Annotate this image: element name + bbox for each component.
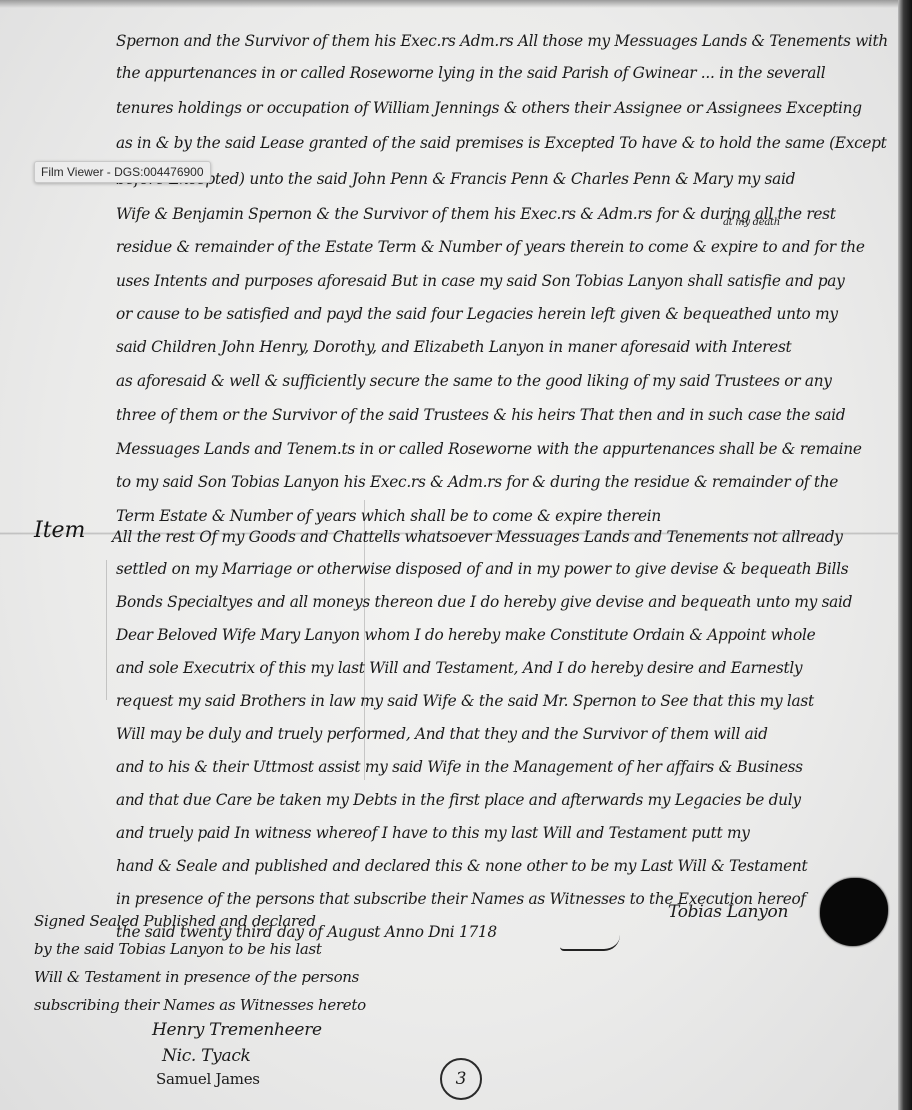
body-line: said Children John Henry, Dorothy, and E… bbox=[116, 338, 888, 356]
item-heading: Item bbox=[34, 518, 85, 543]
date-flourish bbox=[560, 935, 620, 951]
body-line: as in & by the said Lease granted of the… bbox=[116, 134, 888, 152]
attestation-line: by the said Tobias Lanyon to be his last bbox=[34, 940, 322, 958]
attestation-line: Signed Sealed Published and declared bbox=[34, 912, 316, 930]
body-line: Messuages Lands and Tenem.ts in or calle… bbox=[116, 440, 888, 458]
item-line: request my said Brothers in law my said … bbox=[116, 692, 888, 710]
page-number: 3 bbox=[440, 1058, 482, 1100]
item-line: Bonds Specialtyes and all moneys thereon… bbox=[116, 593, 888, 611]
witness-signature: Samuel James bbox=[156, 1070, 260, 1088]
item-line: Dear Beloved Wife Mary Lanyon whom I do … bbox=[116, 626, 888, 644]
item-line: All the rest Of my Goods and Chattells w… bbox=[112, 528, 884, 546]
body-line: or cause to be satisfied and payd the sa… bbox=[116, 305, 888, 323]
item-line: and sole Executrix of this my last Will … bbox=[116, 659, 888, 677]
witness-signature: Nic. Tyack bbox=[162, 1046, 251, 1066]
attestation-line: Will & Testament in presence of the pers… bbox=[34, 968, 359, 986]
body-line: tenures holdings or occupation of Willia… bbox=[116, 99, 888, 117]
margin-rule bbox=[106, 560, 107, 700]
interlineation: at my death bbox=[723, 217, 780, 228]
item-line: Will may be duly and truely performed, A… bbox=[116, 725, 888, 743]
body-line: three of them or the Survivor of the sai… bbox=[116, 406, 888, 424]
item-line: settled on my Marriage or otherwise disp… bbox=[116, 560, 888, 578]
page-top-edge bbox=[0, 0, 900, 8]
body-line: Spernon and the Survivor of them his Exe… bbox=[116, 32, 882, 50]
manuscript-page: Spernon and the Survivor of them his Exe… bbox=[0, 0, 900, 1110]
body-line: to my said Son Tobias Lanyon his Exec.rs… bbox=[116, 473, 888, 491]
item-line: hand & Seale and published and declared … bbox=[116, 857, 888, 875]
film-viewer-tooltip: Film Viewer - DGS:004476900 bbox=[34, 161, 211, 183]
attestation-line: subscribing their Names as Witnesses her… bbox=[34, 996, 366, 1014]
body-line: Term Estate & Number of years which shal… bbox=[116, 507, 888, 525]
body-line: residue & remainder of the Estate Term &… bbox=[116, 238, 888, 256]
testator-signature: Tobias Lanyon bbox=[668, 902, 788, 922]
item-line: and truely paid In witness whereof I hav… bbox=[116, 824, 888, 842]
item-line: and to his & their Uttmost assist my sai… bbox=[116, 758, 888, 776]
item-line: and that due Care be taken my Debts in t… bbox=[116, 791, 888, 809]
film-edge bbox=[898, 0, 912, 1110]
body-line: uses Intents and purposes aforesaid But … bbox=[116, 272, 888, 290]
body-line: the appurtenances in or called Roseworne… bbox=[116, 64, 888, 82]
body-line: before Excepted) unto the said John Penn… bbox=[116, 170, 888, 188]
body-line: as aforesaid & well & sufficiently secur… bbox=[116, 372, 888, 390]
witness-signature: Henry Tremenheere bbox=[152, 1020, 322, 1040]
